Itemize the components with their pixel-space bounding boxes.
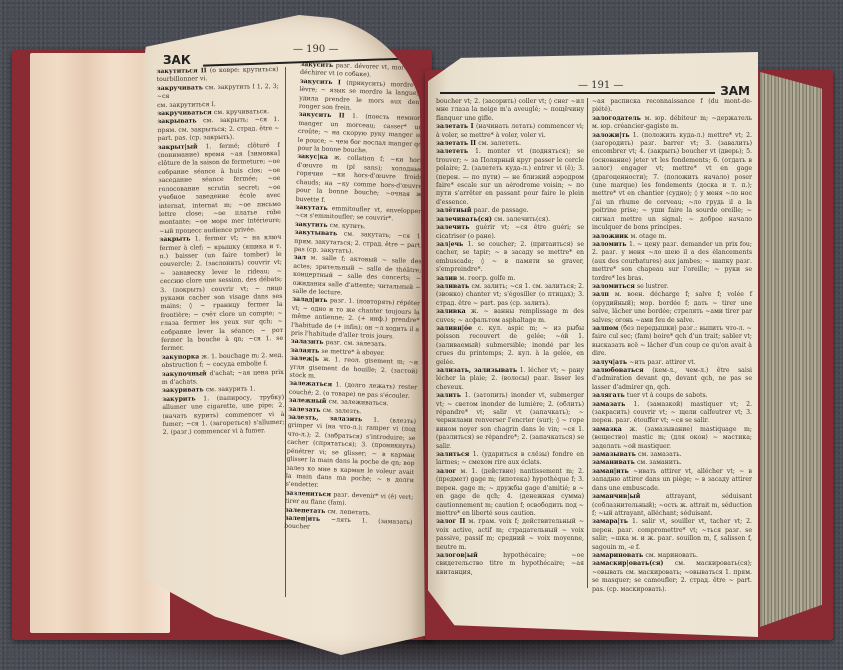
entry-headword: зал|ечь: [436, 241, 468, 248]
entry-headword: закутить: [295, 221, 330, 229]
entry-headword: залиться: [436, 451, 473, 458]
dictionary-column-1: закутиться II (о ковре: крутиться) tourb…: [156, 66, 287, 598]
page-number: — 191 —: [578, 80, 623, 91]
entry-definition: см. лепетать.: [327, 508, 371, 517]
entry-headword: закурить: [162, 395, 203, 403]
dictionary-column-2: закусить разг. dévorer vt, mordre* vt, d…: [282, 61, 425, 605]
entry-headword: залад|ить: [292, 296, 330, 304]
dictionary-entry: залить 1. (затопить) inonder vt, submerg…: [436, 392, 584, 451]
column-divider: [587, 98, 588, 588]
dictionary-entry: закусить II 1. (поесть немного) manger u…: [297, 111, 425, 157]
dictionary-entry: залп м. воен. décharge f; salve f; volée…: [592, 291, 752, 325]
entry-headword: залетать I: [436, 123, 476, 130]
dictionary-entry: заманивать см. заманить.: [592, 459, 752, 467]
entry-definition: tuer vt à coups de sabots.: [627, 392, 708, 399]
dictionary-entry: залад|ить разг. 1. (повторять) répéter v…: [291, 296, 420, 342]
dictionary-entry: залог м. 1. (действие) nantissement m; 2…: [436, 468, 584, 518]
entry-definition: см. мариновать.: [645, 552, 698, 559]
entry-headword: закупорка: [161, 353, 201, 361]
dictionary-entry: залогодатель м. юр. débiteur m; ~держате…: [592, 115, 752, 132]
entry-headword: залезать: [288, 405, 323, 413]
entry-headword: залюбоваться: [592, 367, 652, 374]
dictionary-entry: залеп|ить ~лять 1. (замазать) boucher: [284, 515, 413, 536]
dictionary-entry: закусить I (прикусить) mordre* la lèvre;…: [299, 78, 425, 116]
entry-definition: м. 1. (действие) nantissement m; 2. (пре…: [436, 468, 584, 517]
dictionary-entry: залягать tuer vt à coups de sabots.: [592, 392, 752, 400]
dictionary-entry: залогов|ый hypothécaire; ~ое свидетельст…: [436, 552, 584, 577]
dictionary-entry: заманчив|ый attrayant, séduisant (соблаз…: [592, 493, 752, 518]
dictionary-entry: залив м. геогр. golfe m.: [436, 275, 584, 283]
left-page[interactable]: — 190 — ЗАК закутиться II (о ковре: крут…: [145, 15, 425, 655]
entry-headword: залогов|ый: [436, 552, 503, 559]
entry-headword: закуривать: [162, 387, 206, 395]
dictionary-entry: замаскир|овать(ся) см. маскировать(ся); …: [592, 560, 752, 594]
right-page[interactable]: — 191 — ЗАМ boucher vt; 2. (засорить) co…: [428, 52, 758, 637]
dictionary-entry: закус|ка ж. collation f; ~ки hors-d'œuvr…: [295, 153, 425, 208]
dictionary-entry: зал|ечь 1. se coucher; 2. (притаиться) s…: [436, 241, 584, 275]
entry-headword: заливать: [436, 283, 472, 290]
entry-headword: залогодатель: [592, 115, 645, 122]
page-number: — 190 —: [293, 44, 338, 55]
dictionary-entry: заман|ить ~ивать attirer vt, allécher vt…: [592, 468, 752, 493]
dictionary-entry: залетать II см. залететь.: [436, 140, 584, 148]
dictionary-entry: замазать 1. (замазкой) mastiquer vt; 2. …: [592, 401, 752, 426]
dictionary-entry: заливать см. залить; ~ся 1. см. залиться…: [436, 283, 584, 308]
entry-definition: см. залезть.: [323, 407, 362, 415]
entry-definition: разг. 1. (повторять) répéter vt; ~ одно …: [291, 297, 420, 340]
entry-definition: 1. (поесть немного) manger un morceau; c…: [297, 113, 425, 154]
entry-headword: закрыт|ый: [158, 143, 206, 151]
dictionary-entry: заломить 1. ~ цену разг. demander un pri…: [592, 241, 752, 283]
entry-headword: закус|ка: [297, 153, 334, 161]
dictionary-entry: залечивать(ся) см. залечить(ся).: [436, 216, 584, 224]
entry-definition: 1. (влезть) grimper vi (на что-л.); ramp…: [286, 417, 417, 489]
entry-headword: замазывать: [592, 451, 638, 458]
entry-headword: залежаться: [289, 380, 336, 389]
entry-definition: см. замазать.: [638, 451, 682, 458]
entry-definition: см. кутить.: [330, 222, 366, 230]
header-rule: [440, 92, 715, 94]
entry-headword: заливн|óе: [436, 325, 478, 332]
dictionary-entry: закрыт|ый 1. fermé; clôturé f (понимание…: [158, 142, 282, 237]
entry-definition: se lustrer.: [637, 283, 668, 290]
dictionary-entry: закручивать см. закрутить I 1, 2, 3; ~ся: [157, 83, 279, 102]
entry-headword: залить: [436, 392, 464, 399]
entry-headword: зализать, зализывать: [436, 367, 520, 374]
entry-headword: залпом: [592, 325, 621, 332]
entry-headword: залаять: [290, 347, 321, 355]
entry-headword: заман|ить: [592, 468, 633, 475]
dictionary-entry: закутиться II (о ковре: крутиться) tourb…: [156, 66, 278, 85]
entry-definition: ~ить разг. attirer vt.: [629, 359, 695, 366]
entry-headword: залежный: [288, 397, 328, 405]
entry-headword: залеж|ь: [290, 355, 323, 363]
entry-definition: 1. fermé; clôturé f (понимание) время ~а…: [158, 142, 281, 235]
entry-headword: закусить II: [298, 111, 352, 120]
dictionary-entry: закрыть 1. fermer vt; ~ на ключ fermer à…: [159, 234, 283, 354]
dictionary-entry: залюбоваться (кем-л., чем-л.) être saisi…: [592, 367, 752, 392]
entry-headword: закручиваться: [157, 109, 214, 117]
entry-headword: закрыть: [159, 236, 194, 244]
dictionary-entry: закурить 1. (папиросу, трубку) allumer u…: [162, 394, 285, 438]
entry-headword: замазать: [592, 401, 633, 408]
dictionary-entry: залетать I (начинать летать) commencer v…: [436, 123, 584, 140]
entry-definition: см. закурить 1.: [206, 386, 256, 394]
entry-definition: 1. fermer vt; ~ на ключ fermer à clef; ~…: [159, 234, 283, 352]
entry-definition: м. salle f; актовый ~ salle des actes; з…: [292, 255, 421, 297]
entry-headword: залазить: [291, 338, 326, 346]
entry-headword: закусить: [300, 61, 336, 69]
entry-headword: залуч|ать: [592, 359, 629, 366]
dictionary-entry: залпом (без передышки) разг.: выпить что…: [592, 325, 752, 359]
entry-headword: залететь: [436, 148, 475, 155]
dictionary-entry: закупочный d'achat; ~ая цена prix m d'ac…: [162, 369, 284, 388]
dictionary-entry: заложник м. otage m.: [592, 233, 752, 241]
entry-definition: см. кручиваться.: [214, 108, 269, 116]
entry-headword: залечить: [436, 224, 476, 231]
entry-headword: залягать: [592, 392, 627, 399]
dictionary-entry: замара|ть 1. salir vt, souiller vt, tach…: [592, 518, 752, 552]
dictionary-entry: ~ая расписка reconnaissance f (du mont-d…: [592, 98, 752, 115]
entry-definition: 1. monter vt (подняться); se trouver; ~ …: [436, 148, 584, 205]
entry-headword: заломиться: [592, 283, 637, 290]
dictionary-entry: заливн|óе с. кул. aspic m; ~ из рыбы poi…: [436, 325, 584, 367]
dictionary-entry: залететь 1. monter vt (подняться); se tr…: [436, 148, 584, 207]
entry-definition: 1. (положить куда-л.) mettre* vt; 2. (за…: [592, 132, 752, 231]
running-head: ЗАМ: [720, 84, 750, 98]
entry-headword: залётный: [436, 207, 474, 214]
page-block-right-edge: [760, 72, 822, 627]
running-head: ЗАК: [163, 53, 191, 67]
entry-headword: залетать II: [436, 140, 478, 147]
entry-definition: см. заманить.: [637, 459, 682, 466]
entry-headword: замазка: [592, 426, 630, 433]
dictionary-entry: замазка ж. (замазывание) mastiquage m; (…: [592, 426, 752, 451]
dictionary-entry: заломиться se lustrer.: [592, 283, 752, 291]
dictionary-column-1: boucher vt; 2. (засорить) coller vt; ◊ с…: [436, 98, 584, 598]
entry-headword: залог: [436, 468, 460, 475]
entry-headword: закутиться II: [156, 67, 210, 75]
entry-headword: замара|ть: [592, 518, 632, 525]
entry-headword: заманивать: [592, 459, 637, 466]
entry-definition: м. воен. décharge f; salve f; volée f (о…: [592, 291, 752, 323]
entry-headword: залечивать(ся): [436, 216, 494, 223]
dictionary-entry: залечить guérir vt; ~ся être guéri; se c…: [436, 224, 584, 241]
entry-headword: закутать: [295, 204, 332, 212]
entry-headword: залив: [436, 275, 459, 282]
entry-definition: м. otage m.: [630, 233, 666, 240]
entry-headword: заливка: [436, 308, 471, 315]
dictionary-entry: зал м. salle f; актовый ~ salle des acte…: [292, 254, 421, 300]
dictionary-entry: залиться 1. (удариться в слёзы) fondre e…: [436, 451, 584, 468]
entry-headword: закручивать: [157, 84, 206, 92]
dictionary-entry: закрывать см. закрыть; ~ся 1. прям. см. …: [157, 116, 279, 143]
entry-definition: ж. collation f; ~ки hors-d'œuvre m (pl s…: [296, 155, 425, 204]
entry-definition: boucher vt; 2. (засорить) coller vt; ◊ с…: [436, 98, 584, 122]
dictionary-entry: залётный разг. de passage.: [436, 207, 584, 215]
dictionary-entry: замариновать см. мариновать.: [592, 552, 752, 560]
entry-definition: см. залечить(ся).: [494, 216, 550, 223]
entry-headword: заложник: [592, 233, 630, 240]
entry-headword: залеп|ить: [284, 515, 331, 524]
entry-headword: закрывать: [157, 118, 203, 126]
dictionary-entry: залуч|ать ~ить разг. attirer vt.: [592, 359, 752, 367]
dictionary-entry: заливка ж. ~ ванны remplissage m des cuv…: [436, 308, 584, 325]
dictionary-entry: залог II м. грам. voix f; действительный…: [436, 518, 584, 552]
entry-headword: замаскир|овать(ся): [592, 560, 675, 567]
entry-headword: замариновать: [592, 552, 645, 559]
entry-headword: залп: [592, 291, 615, 298]
entry-headword: заманчив|ый: [592, 493, 666, 500]
entry-headword: заломить: [592, 241, 629, 248]
entry-headword: зал: [293, 254, 310, 262]
entry-headword: закусить I: [300, 78, 347, 87]
dictionary-entry: boucher vt; 2. (засорить) coller vt; ◊ с…: [436, 98, 584, 123]
entry-definition: м. геогр. golfe m.: [459, 275, 515, 282]
entry-definition: см. закрутиться I.: [157, 101, 216, 109]
entry-headword: заложи|ть: [592, 132, 633, 139]
entry-definition: разг. de passage.: [474, 207, 529, 214]
dictionary-entry: закупорка ж. 1. bouchage m; 2. мед. obst…: [161, 352, 283, 371]
dictionary-entry: замазывать см. замазать.: [592, 451, 752, 459]
entry-headword: закутывать: [294, 229, 344, 238]
entry-definition: ~ая расписка reconnaissance f (du mont-d…: [592, 98, 752, 113]
entry-definition: см. залететь.: [478, 140, 521, 147]
dictionary-column-2: ~ая расписка reconnaissance f (du mont-d…: [592, 98, 752, 598]
entry-headword: зазлениться: [285, 489, 333, 498]
dictionary-entry: зализать, зализывать 1. lécher vt; ~ ран…: [436, 367, 584, 392]
entry-headword: залепетать: [285, 506, 328, 514]
entry-headword: закупочный: [162, 370, 210, 378]
dictionary-entry: заложи|ть 1. (положить куда-л.) mettre* …: [592, 132, 752, 233]
dictionary-entry: залезть, залазить 1. (влезть) grimper vi…: [285, 414, 416, 494]
entry-headword: залог II: [436, 518, 468, 525]
entry-definition: 1. (затопить) inonder vt, submerger vt; …: [436, 392, 584, 449]
